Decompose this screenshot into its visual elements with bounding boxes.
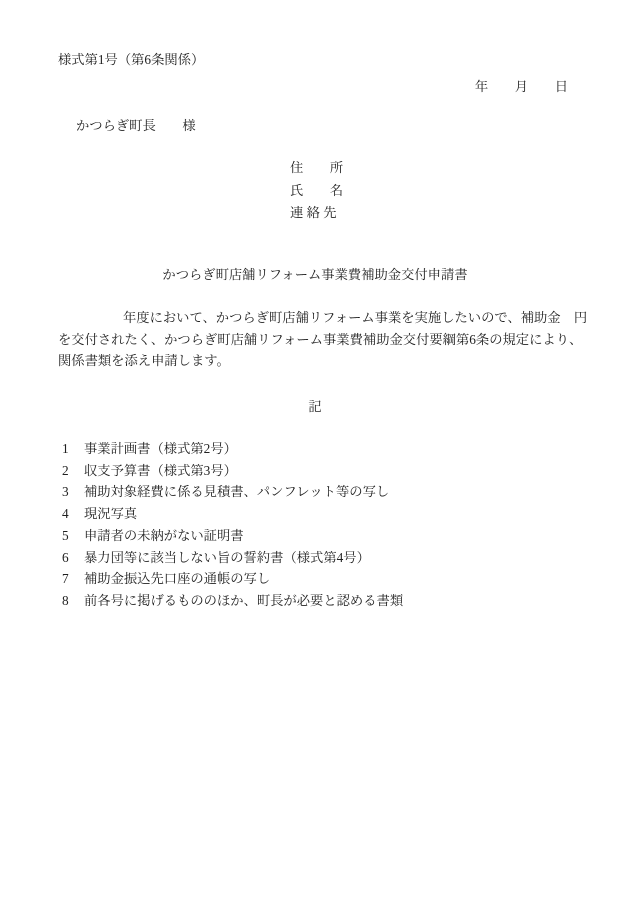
attachment-item: 1 事業計画書（様式第2号） xyxy=(62,438,403,460)
body-line-3: 関係書類を添え申請します。 xyxy=(58,350,574,372)
date-line: 年 月 日 xyxy=(475,76,568,95)
attachment-text: 前各号に掲げるもののほか、町長が必要と認める書類 xyxy=(84,590,403,612)
attachment-number: 4 xyxy=(62,503,84,525)
attachment-text: 暴力団等に該当しない旨の誓約書（様式第4号） xyxy=(84,547,370,569)
attachment-number: 5 xyxy=(62,525,84,547)
attachment-item: 6 暴力団等に該当しない旨の誓約書（様式第4号） xyxy=(62,547,403,569)
document-title: かつらぎ町店舗リフォーム事業費補助金交付申請書 xyxy=(0,264,630,283)
application-form-page: 様式第1号（第6条関係） 年 月 日 かつらぎ町長 様 住 所 氏 名 連 絡 … xyxy=(0,0,630,903)
body-paragraph: 年度において、かつらぎ町店舗リフォーム事業を実施したいので、補助金 円 を交付さ… xyxy=(58,307,574,372)
attachment-text: 事業計画書（様式第2号） xyxy=(84,438,237,460)
attachment-text: 補助金振込先口座の通帳の写し xyxy=(84,568,270,590)
attachment-number: 8 xyxy=(62,590,84,612)
name-label: 氏 名 xyxy=(290,180,343,203)
attachment-item: 4 現況写真 xyxy=(62,503,403,525)
attachment-number: 7 xyxy=(62,568,84,590)
attachment-item: 3 補助対象経費に係る見積書、パンフレット等の写し xyxy=(62,481,403,503)
attachment-list: 1 事業計画書（様式第2号） 2 収支予算書（様式第3号） 3 補助対象経費に係… xyxy=(62,438,403,612)
attachment-text: 補助対象経費に係る見積書、パンフレット等の写し xyxy=(84,481,389,503)
list-heading: 記 xyxy=(0,396,630,415)
attachment-item: 5 申請者の未納がない証明書 xyxy=(62,525,403,547)
attachment-item: 2 収支予算書（様式第3号） xyxy=(62,460,403,482)
applicant-block: 住 所 氏 名 連 絡 先 xyxy=(290,157,343,225)
attachment-number: 2 xyxy=(62,460,84,482)
attachment-text: 収支予算書（様式第3号） xyxy=(84,460,237,482)
attachment-item: 8 前各号に掲げるもののほか、町長が必要と認める書類 xyxy=(62,590,403,612)
attachment-number: 1 xyxy=(62,438,84,460)
body-line-2: を交付されたく、かつらぎ町店舗リフォーム事業費補助金交付要綱第6条の規定により、 xyxy=(58,329,574,351)
body-line-1: 年度において、かつらぎ町店舗リフォーム事業を実施したいので、補助金 円 xyxy=(58,307,574,329)
attachment-number: 3 xyxy=(62,481,84,503)
attachment-text: 申請者の未納がない証明書 xyxy=(84,525,244,547)
contact-label: 連 絡 先 xyxy=(290,202,343,225)
attachment-text: 現況写真 xyxy=(84,503,137,525)
attachment-number: 6 xyxy=(62,547,84,569)
addressee: かつらぎ町長 様 xyxy=(76,115,196,134)
address-label: 住 所 xyxy=(290,157,343,180)
attachment-item: 7 補助金振込先口座の通帳の写し xyxy=(62,568,403,590)
form-number: 様式第1号（第6条関係） xyxy=(58,49,204,68)
